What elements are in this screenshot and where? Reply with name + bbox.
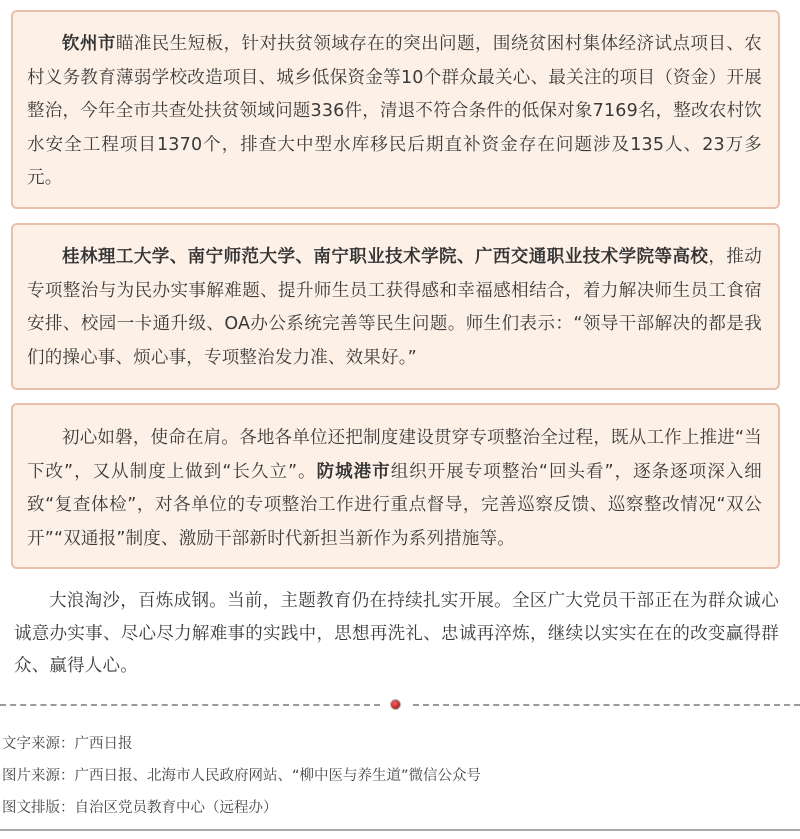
box-paragraph: 桂林理工大学、南宁师范大学、南宁职业技术学院、广西交通职业技术学院等高校，推动专… — [27, 241, 762, 375]
credits-block: 文字来源：广西日报 图片来源：广西日报、北海市人民政府网站、“柳中医与养生道”微… — [2, 728, 798, 824]
dashed-line-left — [0, 704, 380, 706]
credit-value: 广西日报、北海市人民政府网站、“柳中医与养生道”微信公众号 — [75, 768, 482, 784]
closing-paragraph: 大浪淘沙，百炼成钢。当前，主题教育仍在持续扎实开展。全区广大党员干部正在为群众诚… — [14, 585, 779, 683]
highlight-box-qinzhou: 钦州市瞄准民生短板，针对扶贫领域存在的突出问题，围绕贫困村集体经济试点项目、农村… — [11, 10, 780, 209]
bold-mid-fangchenggang: 防城港市 — [317, 462, 391, 482]
bold-lead-qinzhou: 钦州市 — [62, 34, 116, 54]
box-paragraph: 初心如磐，使命在肩。各地各单位还把制度建设贯穿专项整治全过程，既从工作上推进“当… — [27, 422, 762, 556]
credit-value: 自治区党员教育中心（远程办） — [75, 800, 278, 816]
box-text: 瞄准民生短板，针对扶贫领域存在的突出问题，围绕贫困村集体经济试点项目、农村义务教… — [27, 34, 762, 188]
bottom-rule — [0, 829, 800, 831]
credit-layout: 图文排版：自治区党员教育中心（远程办） — [2, 792, 798, 824]
credit-text-source: 文字来源：广西日报 — [2, 728, 798, 760]
highlight-box-universities: 桂林理工大学、南宁师范大学、南宁职业技术学院、广西交通职业技术学院等高校，推动专… — [11, 223, 780, 390]
red-dot-icon — [390, 699, 401, 710]
dashed-line-right — [413, 704, 800, 706]
box-paragraph: 钦州市瞄准民生短板，针对扶贫领域存在的突出问题，围绕贫困村集体经济试点项目、农村… — [27, 28, 762, 196]
credit-label: 文字来源： — [2, 736, 75, 752]
credit-label: 图文排版： — [2, 800, 75, 816]
credit-label: 图片来源： — [2, 768, 75, 784]
highlight-box-fangchenggang: 初心如磐，使命在肩。各地各单位还把制度建设贯穿专项整治全过程，既从工作上推进“当… — [11, 403, 780, 569]
bold-lead-universities: 桂林理工大学、南宁师范大学、南宁职业技术学院、广西交通职业技术学院等高校 — [62, 247, 708, 267]
credit-image-source: 图片来源：广西日报、北海市人民政府网站、“柳中医与养生道”微信公众号 — [2, 760, 798, 792]
section-divider — [0, 698, 800, 712]
credit-value: 广西日报 — [75, 736, 133, 752]
